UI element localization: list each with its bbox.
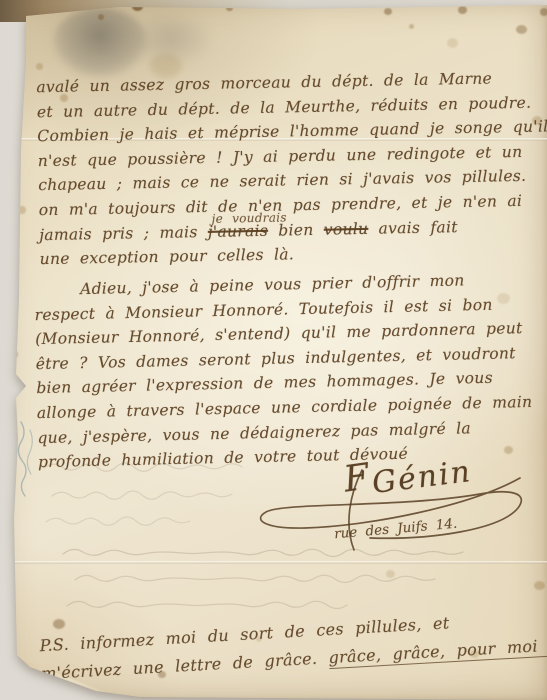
foxing-spot [53, 619, 65, 629]
foxing-spot [265, 2, 270, 7]
correction-before: jamais pris ; mais [39, 223, 198, 244]
paper-wrap: avalé un assez gros morceau du dépt. de … [0, 0, 547, 700]
letter-paper: avalé un assez gros morceau du dépt. de … [0, 0, 547, 700]
foxing-spot [98, 14, 104, 20]
paragraph-1: avalé un assez gros morceau du dépt. de … [36, 65, 547, 272]
foxing-spot [540, 8, 547, 16]
foxing-spot [534, 581, 545, 590]
foxing-spot [516, 25, 527, 34]
foxing-spot [8, 350, 18, 359]
foxing-spot [36, 63, 43, 70]
struck-word: voulu [324, 219, 369, 238]
foxing-spot [447, 38, 458, 48]
foxing-spot [226, 5, 233, 11]
foxing-spot [132, 2, 143, 11]
paragraph-2: Adieu, j'ose à peine vous prier d'offrir… [34, 266, 547, 475]
foxing-spot [18, 206, 26, 214]
foxing-spot [384, 8, 392, 15]
blue-bleedthrough-marks [12, 418, 38, 510]
photo-background: avalé un assez gros morceau du dépt. de … [0, 0, 547, 700]
foxing-spot [458, 6, 467, 14]
inserted-word-above: je voudrais [211, 205, 287, 231]
correction-group: je voudraisj'aurais [208, 218, 269, 244]
correction-after: avais fait [378, 218, 458, 238]
foxing-spot [409, 24, 414, 29]
